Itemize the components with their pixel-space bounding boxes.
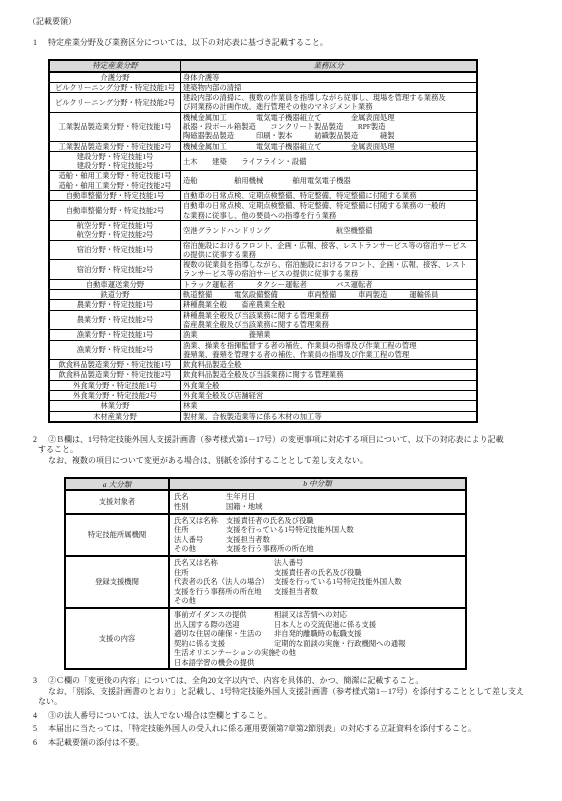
work-category-cell: 建築物内部の清掃 <box>181 82 478 92</box>
header-industry-field: 特定産業分野 <box>49 60 181 72</box>
item-3-line-3: ない。 <box>38 697 562 708</box>
middle-category-cell: 氏名生年月日性別国籍・地域 <box>169 490 466 513</box>
table-row: ビルクリーニング分野・特定技能2号建設内部の清掃に、複数の作業員を指導しながら従… <box>49 93 477 113</box>
work-category-cell: 身体介護等 <box>181 72 478 83</box>
industry-field-cell: 飲食料品製造業分野・特定技能1号 <box>49 360 181 370</box>
table-row: 航空分野・特定技能1号航空分野・特定技能2号空港グランドハンドリング 航空機整備 <box>49 220 477 240</box>
item-3-line-1: ②Ｃ欄の「変更後の内容」については、全角20文字以内で、内容を具体的、かつ、簡潔… <box>48 676 562 687</box>
industry-field-cell: 林業分野 <box>49 401 181 411</box>
table-row: 農業分野・特定技能1号耕種農業全般 畜産農業全般 <box>49 300 477 310</box>
industry-field-cell: 鉄道分野 <box>49 290 181 300</box>
item-6-text: 本記載要領の添付は不要。 <box>48 738 562 749</box>
table-header-row: 特定産業分野 業務区分 <box>49 60 477 72</box>
work-category-cell: 建設内部の清掃に、複数の作業員を指導しながら従事し、現場を管理する業務及び同業務… <box>181 93 478 113</box>
table-row: 自動車整備分野・特定技能2号自動車の日常点検、定期点検整備、特定整備、特定整備に… <box>49 201 477 221</box>
industry-field-cell: 自動車整備分野・特定技能2号 <box>49 201 181 221</box>
instruction-item-6: 6 本記載要領の添付は不要。 <box>33 738 562 749</box>
table-row: 自動車整備分野・特定技能1号自動車の日常点検、定期点検整備、特定整備、特定整備に… <box>49 191 477 201</box>
major-category-cell: 支援対象者 <box>65 490 169 513</box>
table-row: 自動車運送業分野トラック運転者 タクシー運転者 バス運転者 <box>49 279 477 289</box>
support-table-body: 支援対象者氏名生年月日性別国籍・地域特定技能所属機関氏名又は名称支援責任者の氏名… <box>65 490 466 669</box>
industry-field-cell: 農業分野・特定技能1号 <box>49 300 181 310</box>
major-category-cell: 登録支援機関 <box>65 556 169 608</box>
industry-category-table: 特定産業分野 業務区分 介護分野身体介護等ビルクリーニング分野・特定技能1号建築… <box>48 59 478 423</box>
work-category-cell: 飲食料品製造全般 <box>181 360 478 370</box>
industry-field-cell: 航空分野・特定技能1号航空分野・特定技能2号 <box>49 220 181 240</box>
item-3-line-2: なお、「別添、支援計画書のとおり」と記載し、1号特定技能外国人支援計画書（参考様… <box>48 687 562 698</box>
industry-field-cell: 木材産業分野 <box>49 411 181 422</box>
item-5-number: 5 <box>33 724 48 735</box>
document-heading: （記載要領） <box>28 0 562 27</box>
work-category-cell: トラック運転者 タクシー運転者 バス運転者 <box>181 279 478 289</box>
industry-field-cell: 宿泊分野・特定技能1号 <box>49 240 181 260</box>
industry-field-cell: 工業製品製造業分野・特定技能2号 <box>49 141 181 151</box>
header-major-category: a 大分類 <box>65 478 169 490</box>
table-row: 建設分野・特定技能1号建設分野・特定技能2号土木 建築 ライフライン・設備 <box>49 151 477 171</box>
major-category-cell: 特定技能所属機関 <box>65 514 169 556</box>
instruction-item-1: 1 特定産業分野及び業務区分については、以下の対応表に基づき記載すること。 <box>33 38 562 49</box>
work-category-cell: 製材業、合板製造業等に係る木材の加工等 <box>181 411 478 422</box>
industry-table-body: 介護分野身体介護等ビルクリーニング分野・特定技能1号建築物内部の清掃ビルクリーニ… <box>49 72 477 422</box>
table-row: 宿泊分野・特定技能2号複数の従業員を指導しながら、宿泊施設におけるフロント、企画… <box>49 260 477 280</box>
industry-field-cell: 農業分野・特定技能2号 <box>49 310 181 330</box>
instruction-item-4: 4 ③の法人番号については、法人でない場合は空欄とすること。 <box>33 711 562 722</box>
table-row: 支援の内容事前ガイダンスの提供相談又は苦情への対応出入国する際の送迎日本人との交… <box>65 608 466 670</box>
work-category-cell: 漁業 養殖業 <box>181 330 478 340</box>
work-category-cell: 軌道整備 電気設備整備 車両整備 車両製造 運輸係員 <box>181 290 478 300</box>
industry-field-cell: 漁業分野・特定技能1号 <box>49 330 181 340</box>
item-6-number: 6 <box>33 738 48 749</box>
table-row: 介護分野身体介護等 <box>49 72 477 83</box>
table-row: 工業製品製造業分野・特定技能2号機械金属加工 電気電子機器組立て 金属表面処理 <box>49 141 477 151</box>
table-header-row: a 大分類 b 中分類 <box>65 478 466 490</box>
industry-field-cell: ビルクリーニング分野・特定技能2号 <box>49 93 181 113</box>
industry-field-cell: 宿泊分野・特定技能2号 <box>49 260 181 280</box>
work-category-cell: 機械金属加工 電気電子機器組立て 金属表面処理紙器・段ボール箱製造 コンクリート… <box>181 112 478 141</box>
header-middle-category: b 中分類 <box>169 478 466 490</box>
industry-field-cell: 造船・舶用工業分野・特定技能1号造船・舶用工業分野・特定技能2号 <box>49 171 181 191</box>
table-row: ビルクリーニング分野・特定技能1号建築物内部の清掃 <box>49 82 477 92</box>
item-4-number: 4 <box>33 711 48 722</box>
item-1-number: 1 <box>33 38 48 49</box>
middle-category-cell: 事前ガイダンスの提供相談又は苦情への対応出入国する際の送迎日本人との交流促進に係… <box>169 608 466 670</box>
major-category-cell: 支援の内容 <box>65 608 169 670</box>
work-category-cell: 外食業全般及び店舗経営 <box>181 391 478 401</box>
table-row: 飲食料品製造業分野・特定技能2号飲食料品製造全般及び当該業務に関する管理業務 <box>49 370 477 380</box>
table-row: 特定技能所属機関氏名又は名称支援責任者の氏名及び役職住所支援を行っている1号特定… <box>65 514 466 556</box>
work-category-cell: 空港グランドハンドリング 航空機整備 <box>181 220 478 240</box>
table-row: 造船・舶用工業分野・特定技能1号造船・舶用工業分野・特定技能2号造船 舶用機械 … <box>49 171 477 191</box>
table-row: 漁業分野・特定技能2号漁業、操業を指揮監督する者の補佐、作業員の指導及び作業工程… <box>49 340 477 360</box>
work-category-cell: 外食業全般 <box>181 380 478 390</box>
work-category-cell: 宿泊施設におけるフロント、企画・広報、接客、レストランサービス等の宿泊サービスの… <box>181 240 478 260</box>
item-2-line-3: なお、複数の項目について変更がある場合は、別紙を添付することとして差し支えない。 <box>48 456 562 467</box>
item-1-text: 特定産業分野及び業務区分については、以下の対応表に基づき記載すること。 <box>48 38 562 49</box>
item-2-line-2: すること。 <box>38 445 562 456</box>
item-5-text: 本届出に当たっては、「特定技能外国人の受入れに係る運用要領第7章第2節別表」の対… <box>48 724 562 735</box>
work-category-cell: 耕種農業全般及び当該業務に関する管理業務畜産農業全般及び当該業務に関する管理業務 <box>181 310 478 330</box>
work-category-cell: 複数の従業員を指導しながら、宿泊施設におけるフロント、企画・広報、接客、レストラ… <box>181 260 478 280</box>
industry-field-cell: 自動車整備分野・特定技能1号 <box>49 191 181 201</box>
industry-field-cell: 自動車運送業分野 <box>49 279 181 289</box>
table-row: 漁業分野・特定技能1号漁業 養殖業 <box>49 330 477 340</box>
work-category-cell: 漁業、操業を指揮監督する者の補佐、作業員の指導及び作業工程の管理養殖業、養殖を管… <box>181 340 478 360</box>
instruction-item-2: 2 ②Ｂ欄は、1号特定技能外国人支援計画書（参考様式第1－17号）の変更事項に対… <box>33 435 562 467</box>
work-category-cell: 林業 <box>181 401 478 411</box>
table-row: 登録支援機関氏名又は名称法人番号住所支援責任者の氏名及び役職代表者の氏名（法人の… <box>65 556 466 608</box>
work-category-cell: 自動車の日常点検、定期点検整備、特定整備、特定整備に付随する業務 <box>181 191 478 201</box>
middle-category-cell: 氏名又は名称支援責任者の氏名及び役職住所支援を行っている1号特定技能外国人数法人… <box>169 514 466 556</box>
instruction-item-5: 5 本届出に当たっては、「特定技能外国人の受入れに係る運用要領第7章第2節別表」… <box>33 724 562 735</box>
industry-field-cell: 飲食料品製造業分野・特定技能2号 <box>49 370 181 380</box>
work-category-cell: 機械金属加工 電気電子機器組立て 金属表面処理 <box>181 141 478 151</box>
table-row: 農業分野・特定技能2号耕種農業全般及び当該業務に関する管理業務畜産農業全般及び当… <box>49 310 477 330</box>
header-work-category: 業務区分 <box>181 60 478 72</box>
document-page: （記載要領） 1 特定産業分野及び業務区分については、以下の対応表に基づき記載す… <box>0 0 562 801</box>
work-category-cell: 自動車の日常点検、定期点検整備、特定整備、特定整備に付随する業務の一般的な業務に… <box>181 201 478 221</box>
industry-field-cell: 介護分野 <box>49 72 181 83</box>
work-category-cell: 土木 建築 ライフライン・設備 <box>181 151 478 171</box>
work-category-cell: 耕種農業全般 畜産農業全般 <box>181 300 478 310</box>
industry-field-cell: 工業製品製造業分野・特定技能1号 <box>49 112 181 141</box>
instruction-item-3: 3 ②Ｃ欄の「変更後の内容」については、全角20文字以内で、内容を具体的、かつ、… <box>33 676 562 708</box>
work-category-cell: 造船 舶用機械 舶用電気電子機器 <box>181 171 478 191</box>
industry-field-cell: 外食業分野・特定技能1号 <box>49 380 181 390</box>
table-row: 支援対象者氏名生年月日性別国籍・地域 <box>65 490 466 513</box>
work-category-cell: 飲食料品製造全般及び当該業務に関する管理業務 <box>181 370 478 380</box>
table-row: 林業分野林業 <box>49 401 477 411</box>
industry-field-cell: ビルクリーニング分野・特定技能1号 <box>49 82 181 92</box>
table-row: 宿泊分野・特定技能1号宿泊施設におけるフロント、企画・広報、接客、レストランサー… <box>49 240 477 260</box>
table-row: 外食業分野・特定技能1号外食業全般 <box>49 380 477 390</box>
industry-field-cell: 漁業分野・特定技能2号 <box>49 340 181 360</box>
table-row: 飲食料品製造業分野・特定技能1号飲食料品製造全般 <box>49 360 477 370</box>
table-row: 鉄道分野軌道整備 電気設備整備 車両整備 車両製造 運輸係員 <box>49 290 477 300</box>
industry-field-cell: 外食業分野・特定技能2号 <box>49 391 181 401</box>
table-row: 木材産業分野製材業、合板製造業等に係る木材の加工等 <box>49 411 477 422</box>
table-row: 工業製品製造業分野・特定技能1号機械金属加工 電気電子機器組立て 金属表面処理紙… <box>49 112 477 141</box>
item-4-text: ③の法人番号については、法人でない場合は空欄とすること。 <box>48 711 562 722</box>
table-row: 外食業分野・特定技能2号外食業全般及び店舗経営 <box>49 391 477 401</box>
middle-category-cell: 氏名又は名称法人番号住所支援責任者の氏名及び役職代表者の氏名（法人の場合）支援を… <box>169 556 466 608</box>
support-plan-change-table: a 大分類 b 中分類 支援対象者氏名生年月日性別国籍・地域特定技能所属機関氏名… <box>64 477 467 670</box>
industry-field-cell: 建設分野・特定技能1号建設分野・特定技能2号 <box>49 151 181 171</box>
item-2-line-1: ②Ｂ欄は、1号特定技能外国人支援計画書（参考様式第1－17号）の変更事項に対応す… <box>48 435 562 446</box>
